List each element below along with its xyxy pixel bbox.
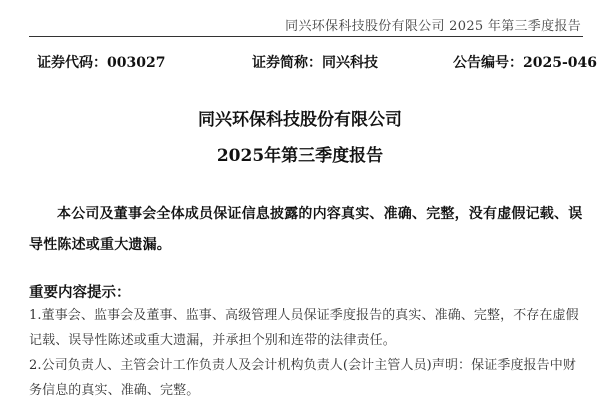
security-info-row: 证券代码：003027 证券简称：同兴科技 公告编号：2025-046 bbox=[0, 52, 600, 72]
note-item-1: 1.董事会、监事会及董事、监事、高级管理人员保证季度报告的真实、准确、完整，不存… bbox=[29, 303, 587, 353]
notice-number: 公告编号：2025-046 bbox=[453, 52, 597, 72]
note-item-2: 2.公司负责人、主管会计工作负责人及会计机构负责人(会计主管人员)声明：保证季度… bbox=[29, 353, 587, 400]
security-abbreviation: 证券简称：同兴科技 bbox=[252, 52, 378, 72]
running-header-text: 同兴环保科技股份有限公司 2025 年第三季度报告 bbox=[285, 15, 581, 34]
company-title: 同兴环保科技股份有限公司 bbox=[0, 105, 600, 130]
important-notes-heading: 重要内容提示： bbox=[29, 281, 131, 302]
board-statement: 本公司及董事会全体成员保证信息披露的内容真实、准确、完整，没有虚假记载、误导性陈… bbox=[29, 199, 584, 261]
page-header: 同兴环保科技股份有限公司 2025 年第三季度报告 bbox=[29, 10, 583, 37]
important-notes-list: 1.董事会、监事会及董事、监事、高级管理人员保证季度报告的真实、准确、完整，不存… bbox=[29, 303, 587, 400]
security-code: 证券代码：003027 bbox=[37, 52, 165, 72]
report-title: 2025年第三季度报告 bbox=[0, 141, 600, 166]
